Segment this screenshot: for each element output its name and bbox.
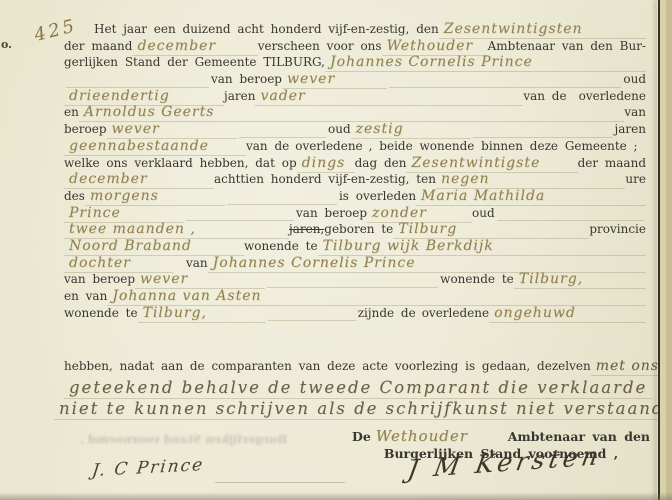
blank-rule — [473, 133, 613, 138]
officer-line-1: De Wethouder Ambtenaar van den — [352, 427, 650, 446]
act-line-8: geennabestaande van de overledene , beid… — [64, 138, 646, 155]
handwritten-entry-residence: Tilburg, — [138, 305, 266, 323]
handwritten-entry-deceased-firstnames: Maria Mathilda — [416, 188, 646, 206]
act-line-15: dochter van Johannes Cornelis Prince — [64, 255, 646, 272]
printed-text: beroep — [64, 122, 107, 136]
handwritten-entry-marital-status: ongehuwd — [489, 305, 646, 323]
printed-text: van de — [246, 139, 289, 153]
handwritten-entry-age-deceased: twee maanden , — [64, 221, 289, 239]
act-line-19: hebben, nadat aan de comparanten van dez… — [64, 358, 646, 378]
act-line-21: niet te kunnen schrijven als de schrijfk… — [64, 399, 646, 420]
blank-rule — [268, 316, 356, 321]
act-text-block: Het jaar een duizend acht honderd vijf-e… — [64, 21, 646, 420]
printed-text: oud — [328, 122, 351, 136]
blank-rule — [239, 133, 326, 138]
handwritten-entry-deceased-surname: Prince — [64, 205, 184, 223]
handwritten-entry-relation: geennabestaande — [64, 138, 246, 156]
handwritten-entry-day: Zesentwintigste — [406, 155, 577, 173]
handwritten-entry-residence: Tilburg wijk Berkdijk — [318, 238, 646, 256]
printed-text: gerlijken Stand der Gemeente TILBURG, — [64, 55, 325, 69]
handwritten-closing: niet te kunnen schrijven als de schrijfk… — [54, 399, 672, 420]
act-line-20: geteekend behalve de tweede Comparant di… — [64, 378, 646, 399]
printed-text: van de — [523, 89, 566, 103]
printed-text: Ambtenaar van den Bur- — [488, 39, 646, 53]
act-line-13: twee maanden , jaren, geboren te Tilburg… — [64, 221, 646, 238]
act-line-11: des morgens is overleden Maria Mathilda — [64, 188, 646, 205]
handwritten-entry-relation: vader — [255, 88, 523, 106]
handwritten-entry-month: december — [64, 171, 214, 189]
handwritten-entry-declarant2-name: Arnoldus Geerts — [79, 104, 624, 122]
act-line-4: van beroep wever oud — [64, 71, 646, 88]
printed-text: van beroep — [296, 206, 367, 220]
printed-text: en — [64, 105, 79, 119]
printed-text: overledene — [295, 139, 362, 153]
printed-text: wonende te — [440, 272, 514, 286]
act-line-10: december achttien honderd vijf-en-zestig… — [64, 171, 646, 188]
act-line-1: Het jaar een duizend acht honderd vijf-e… — [64, 21, 646, 38]
act-line-7: beroep wever oud zestig jaren — [64, 121, 646, 138]
vertical-gap — [64, 321, 646, 358]
signature-rule — [215, 482, 345, 483]
act-line-17: en van Johanna van Asten — [64, 288, 646, 305]
act-line-9: welke ons verklaard hebben, dat op dings… — [64, 155, 646, 172]
printed-text: des — [64, 189, 85, 203]
margin-fragment: o. — [1, 38, 12, 51]
printed-text: jaren — [615, 122, 646, 136]
handwritten-entry-birthplace: Tilburg — [393, 221, 589, 239]
handwritten-entry-daypart: morgens — [85, 188, 225, 206]
act-line-14: Noord Braband wonende te Tilburg wijk Be… — [64, 238, 646, 255]
handwritten-entry-month: december — [132, 38, 257, 56]
printed-text: van — [624, 105, 646, 119]
printed-text: van beroep — [211, 72, 282, 86]
handwritten-entry-declarant1-name: Johannes Cornelis Prince — [325, 54, 646, 72]
printed-text: wonende te — [64, 306, 138, 320]
printed-text: welke ons verklaard hebben, dat op — [64, 156, 297, 170]
printed-text-struck: jaren, — [289, 222, 324, 236]
printed-text: Het jaar een duizend acht honderd vijf-e… — [94, 22, 439, 36]
printed-text: achttien honderd vijf-en-zestig, ten — [214, 172, 436, 186]
printed-text: hebben, nadat aan de comparanten van dez… — [64, 359, 591, 373]
act-line-5: drieendertig jaren vader van de overlede… — [64, 88, 646, 105]
handwritten-entry-age: drieendertig — [64, 88, 224, 106]
act-line-18: wonende te Tilburg, zijnde de overledene… — [64, 305, 646, 322]
printed-text: zijnde de — [358, 306, 416, 320]
printed-text: , beide wonende binnen deze Gemeente ; — [369, 139, 638, 153]
handwritten-entry-child-relation: dochter — [64, 255, 174, 273]
handwritten-entry-occupation: wever — [282, 71, 387, 89]
handwritten-entry-occupation: zonder — [367, 205, 472, 223]
printed-text: oud — [472, 206, 495, 220]
handwritten-officer-title: Wethouder — [371, 427, 508, 446]
handwritten-entry-father-name: Johannes Cornelis Prince — [208, 255, 646, 273]
handwritten-closing: geteekend behalve de tweede Comparant di… — [64, 378, 652, 399]
handwritten-entry-age: zestig — [351, 121, 471, 139]
printed-text: De — [352, 429, 371, 444]
handwritten-entry-official-title: Wethouder — [382, 38, 488, 56]
page-edge-bottom — [0, 492, 672, 500]
act-line-12: Prince van beroep zonder oud — [64, 205, 646, 222]
handwritten-entry-mother-name: Johanna van Asten — [107, 288, 646, 306]
handwritten-entry-province: Noord Braband — [64, 238, 244, 256]
printed-text: der maand — [578, 156, 646, 170]
printed-text: provincie — [589, 222, 646, 236]
handwritten-entry-occupation: wever — [135, 271, 265, 289]
act-line-3: gerlijken Stand der Gemeente TILBURG, Jo… — [64, 54, 646, 71]
printed-text: van — [186, 256, 208, 270]
printed-text: geboren te — [324, 222, 393, 236]
printed-text: der maand — [64, 39, 132, 53]
printed-text: overledene — [579, 89, 646, 103]
printed-text: van beroep — [64, 272, 135, 286]
printed-text: overledene — [422, 306, 489, 320]
printed-text: verscheen voor ons — [258, 39, 382, 53]
printed-text: dag den — [355, 156, 407, 170]
act-line-16: van beroep wever wonende te Tilburg, — [64, 271, 646, 288]
handwritten-entry-residence: Tilburg, — [514, 271, 646, 289]
printed-text: jaren — [224, 89, 255, 103]
printed-text: is overleden — [339, 189, 416, 203]
printed-text: oud — [623, 72, 646, 86]
printed-text: ure — [625, 172, 646, 186]
handwritten-entry-weekday: dings — [297, 155, 355, 173]
printed-text: wonende te — [244, 239, 318, 253]
handwritten-closing: met ons — [591, 358, 664, 376]
handwritten-entry-day: Zesentwintigsten — [439, 21, 646, 39]
handwritten-entry-hour: negen — [436, 171, 625, 189]
blank-rule — [227, 200, 337, 205]
printed-text: en van — [64, 289, 107, 303]
page-edge-right — [657, 0, 672, 500]
act-line-6: en Arnoldus Geerts van — [64, 104, 646, 121]
act-line-2: der maand december verscheen voor ons We… — [64, 38, 646, 55]
handwritten-entry-occupation: wever — [107, 121, 237, 139]
